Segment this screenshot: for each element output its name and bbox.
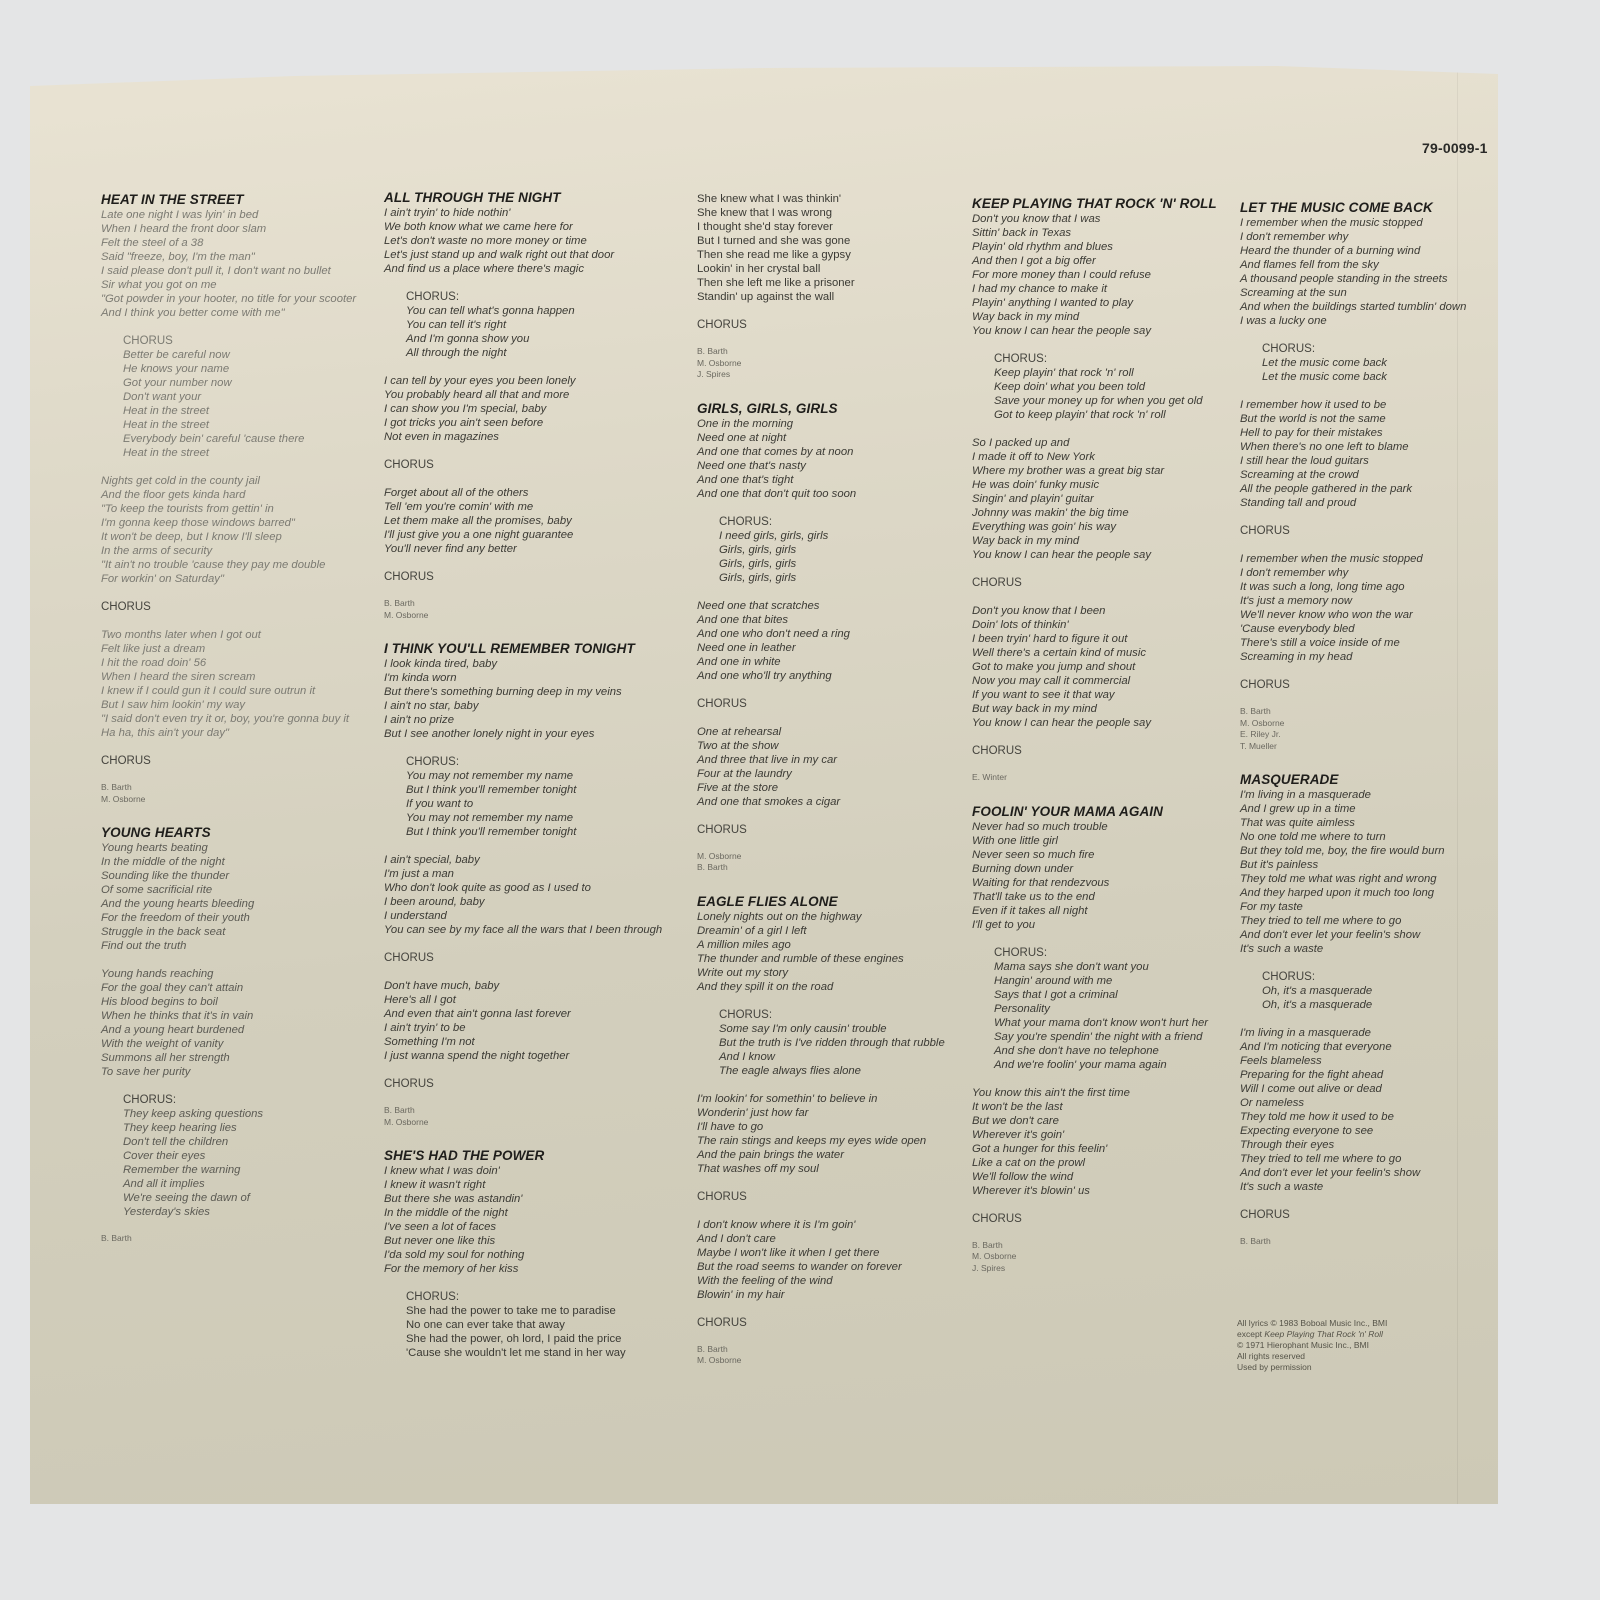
lyric-line: Then she left me like a prisoner	[697, 276, 962, 290]
lyric-line: Let the music come back	[1262, 370, 1490, 384]
lyric-line: They tried to tell me where to go	[1240, 1152, 1490, 1166]
lyric-line: What your mama don't know won't hurt her	[994, 1016, 1237, 1030]
lyric-line: That was quite aimless	[1240, 816, 1490, 830]
chorus-block: CHORUS:Mama says she don't want youHangi…	[972, 946, 1237, 1072]
lyric-line: Screaming in my head	[1240, 650, 1490, 664]
songwriter-credits: B. BarthM. OsborneE. Riley Jr.T. Mueller	[1240, 706, 1490, 752]
songwriter-name: J. Spires	[697, 369, 962, 381]
song-block: Young HeartsYoung hearts beatingIn the m…	[101, 825, 366, 1245]
songwriter-credits: B. Barth	[1240, 1236, 1490, 1248]
lyric-line: Heat in the street	[123, 418, 366, 432]
lyric-line: Standin' up against the wall	[697, 290, 962, 304]
verse-block: Lonely nights out on the highwayDreamin'…	[697, 910, 962, 994]
lyric-line: With one little girl	[972, 834, 1237, 848]
lyric-line: Don't have much, baby	[384, 979, 674, 993]
lyrics-column-5: Let the Music Come BackI remember when t…	[1240, 200, 1490, 1268]
songwriter-credits: B. BarthM. Osborne	[384, 1105, 674, 1128]
chorus-label: CHORUS:	[994, 946, 1237, 960]
lyric-line: Everybody bein' careful 'cause there	[123, 432, 366, 446]
songwriter-name: M. Osborne	[1240, 718, 1490, 730]
songwriter-name: M. Osborne	[697, 851, 962, 863]
lyric-line: And she don't have no telephone	[994, 1044, 1237, 1058]
lyric-line: I been around, baby	[384, 895, 674, 909]
lyric-line: And don't ever let your feelin's show	[1240, 1166, 1490, 1180]
chorus-reference: CHORUS	[101, 600, 366, 614]
lyric-line: Mama says she don't want you	[994, 960, 1237, 974]
chorus-label: CHORUS:	[719, 1008, 962, 1022]
verse-block: Young hands reachingFor the goal they ca…	[101, 967, 366, 1079]
lyric-line: Who don't look quite as good as I used t…	[384, 881, 674, 895]
chorus-label: CHORUS:	[406, 755, 674, 769]
lyric-line: All through the night	[406, 346, 674, 360]
songwriter-name: B. Barth	[972, 1240, 1237, 1252]
lyric-line: I'm living in a masquerade	[1240, 788, 1490, 802]
lyric-line: One at rehearsal	[697, 725, 962, 739]
lyric-line: But never one like this	[384, 1234, 674, 1248]
lyric-line: Blowin' in my hair	[697, 1288, 962, 1302]
lyric-line: I had my chance to make it	[972, 282, 1237, 296]
lyric-line: Wonderin' just how far	[697, 1106, 962, 1120]
lyric-line: Two at the show	[697, 739, 962, 753]
lyric-line: I just wanna spend the night together	[384, 1049, 674, 1063]
lyric-line: Not even in magazines	[384, 430, 674, 444]
lyric-line: And find us a place where there's magic	[384, 262, 674, 276]
lyric-line: Young hearts beating	[101, 841, 366, 855]
lyric-line: I can tell by your eyes you been lonely	[384, 374, 674, 388]
lyric-line: And one who don't need a ring	[697, 627, 962, 641]
lyric-line: I'm living in a masquerade	[1240, 1026, 1490, 1040]
lyric-line: And I know	[719, 1050, 962, 1064]
lyric-line: I'll get to you	[972, 918, 1237, 932]
verse-block: Don't you know that I wasSittin' back in…	[972, 212, 1237, 338]
songwriter-name: J. Spires	[972, 1263, 1237, 1275]
lyric-line: Heat in the street	[123, 404, 366, 418]
chorus-reference: CHORUS	[101, 754, 366, 768]
chorus-reference: CHORUS	[697, 823, 962, 837]
song-title: Foolin' Your Mama Again	[972, 804, 1237, 819]
lyric-line: Standing tall and proud	[1240, 496, 1490, 510]
lyric-line: Something I'm not	[384, 1035, 674, 1049]
lyric-line: He knows your name	[123, 362, 366, 376]
lyric-line: You know I can hear the people say	[972, 716, 1237, 730]
lyric-line: We'll follow the wind	[972, 1170, 1237, 1184]
chorus-reference: CHORUS	[384, 570, 674, 584]
songwriter-name: E. Riley Jr.	[1240, 729, 1490, 741]
lyric-line: With the feeling of the wind	[697, 1274, 962, 1288]
lyric-line: Tell 'em you're comin' with me	[384, 500, 674, 514]
lyric-line: Need one that scratches	[697, 599, 962, 613]
chorus-reference: CHORUS	[384, 1077, 674, 1091]
lyric-line: And one in white	[697, 655, 962, 669]
lyric-line: So I packed up and	[972, 436, 1237, 450]
lyric-line: Doin' lots of thinkin'	[972, 618, 1237, 632]
verse-block: I remember how it used to beBut the worl…	[1240, 398, 1490, 510]
song-block: Foolin' Your Mama AgainNever had so much…	[972, 804, 1237, 1275]
songwriter-credits: B. Barth	[101, 1233, 366, 1245]
lyric-line: Nights get cold in the county jail	[101, 474, 366, 488]
lyric-line: I've seen a lot of faces	[384, 1220, 674, 1234]
lyric-line: But I turned and she was gone	[697, 234, 962, 248]
verse-block: I don't know where it is I'm goin'And I …	[697, 1218, 962, 1302]
lyric-line: And even that ain't gonna last forever	[384, 1007, 674, 1021]
song-block: Eagle Flies AloneLonely nights out on th…	[697, 894, 962, 1367]
verse-block: One at rehearsalTwo at the showAnd three…	[697, 725, 962, 809]
lyric-line: Write out my story	[697, 966, 962, 980]
lyric-line: I made it off to New York	[972, 450, 1237, 464]
lyric-line: I ain't tryin' to hide nothin'	[384, 206, 674, 220]
lyric-line: Ha ha, this ain't your day"	[101, 726, 366, 740]
verse-block: Forget about all of the othersTell 'em y…	[384, 486, 674, 556]
lyric-line: Girls, girls, girls	[719, 557, 962, 571]
chorus-reference: CHORUS	[697, 697, 962, 711]
song-block: Heat in the StreetLate one night I was l…	[101, 192, 366, 805]
chorus-reference: CHORUS	[384, 458, 674, 472]
lyric-line: She had the power to take me to paradise	[406, 1304, 674, 1318]
songwriter-name: M. Osborne	[697, 358, 962, 370]
verse-block: I ain't special, babyI'm just a manWho d…	[384, 853, 674, 937]
lyric-line: Way back in my mind	[972, 534, 1237, 548]
lyric-line: Or nameless	[1240, 1096, 1490, 1110]
lyric-line: Where my brother was a great big star	[972, 464, 1237, 478]
lyric-line: With the weight of vanity	[101, 1037, 366, 1051]
lyric-line: For the memory of her kiss	[384, 1262, 674, 1276]
lyric-line: And when the buildings started tumblin' …	[1240, 300, 1490, 314]
lyric-line: You know I can hear the people say	[972, 324, 1237, 338]
lyric-line: His blood begins to boil	[101, 995, 366, 1009]
verse-block: Don't you know that I beenDoin' lots of …	[972, 604, 1237, 730]
lyric-line: For the goal they can't attain	[101, 981, 366, 995]
verse-block: I'm lookin' for somethin' to believe inW…	[697, 1092, 962, 1176]
lyric-line: Feels blameless	[1240, 1054, 1490, 1068]
lyric-line: Hangin' around with me	[994, 974, 1237, 988]
lyric-line: 'Cause everybody bled	[1240, 622, 1490, 636]
chorus-reference: CHORUS	[972, 576, 1237, 590]
lyric-line: The rain stings and keeps my eyes wide o…	[697, 1134, 962, 1148]
lyric-line: Say you're spendin' the night with a fri…	[994, 1030, 1237, 1044]
song-title: All Through the Night	[384, 190, 674, 205]
lyric-line: In the arms of security	[101, 544, 366, 558]
verse-block: You know this ain't the first timeIt won…	[972, 1086, 1237, 1198]
song-block: All Through the NightI ain't tryin' to h…	[384, 190, 674, 621]
lyric-line: You can tell what's gonna happen	[406, 304, 674, 318]
lyric-line: Find out the truth	[101, 939, 366, 953]
song-block: Girls, Girls, GirlsOne in the morningNee…	[697, 401, 962, 874]
songwriter-credits: B. BarthM. Osborne	[101, 782, 366, 805]
lyric-line: Screaming at the sun	[1240, 286, 1490, 300]
lyric-line: Well there's a certain kind of music	[972, 646, 1237, 660]
lyric-line: But way back in my mind	[972, 702, 1237, 716]
lyric-line: She knew that I was wrong	[697, 206, 962, 220]
chorus-reference: CHORUS	[697, 1316, 962, 1330]
lyric-line: Struggle in the back seat	[101, 925, 366, 939]
lyric-line: Even if it takes all night	[972, 904, 1237, 918]
lyric-line: Johnny was makin' the big time	[972, 506, 1237, 520]
song-title: Keep Playing That Rock 'n' Roll	[972, 196, 1237, 211]
chorus-block: CHORUS:Keep playin' that rock 'n' rollKe…	[972, 352, 1237, 422]
lyric-line: Got a hunger for this feelin'	[972, 1142, 1237, 1156]
verse-block: Nights get cold in the county jailAnd th…	[101, 474, 366, 586]
lyric-line: Don't you know that I was	[972, 212, 1237, 226]
verse-block: I knew what I was doin'I knew it wasn't …	[384, 1164, 674, 1276]
copyright-line: except Keep Playing That Rock 'n' Roll	[1237, 1329, 1387, 1340]
chorus-block: CHORUSBetter be careful nowHe knows your…	[101, 334, 366, 460]
lyric-line: She had the power, oh lord, I paid the p…	[406, 1332, 674, 1346]
song-block: She's Had the PowerI knew what I was doi…	[384, 1148, 674, 1360]
lyric-line: Of some sacrificial rite	[101, 883, 366, 897]
lyric-line: Got to make you jump and shout	[972, 660, 1237, 674]
lyric-line: Don't you know that I been	[972, 604, 1237, 618]
lyric-line: And the young hearts bleeding	[101, 897, 366, 911]
lyric-line: One in the morning	[697, 417, 962, 431]
lyric-line: I ain't no prize	[384, 713, 674, 727]
lyric-line: I'm just a man	[384, 867, 674, 881]
verse-block: She knew what I was thinkin'She knew tha…	[697, 192, 962, 304]
lyric-line: Like a cat on the prowl	[972, 1156, 1237, 1170]
chorus-label: CHORUS:	[406, 290, 674, 304]
lyric-line: You can see by my face all the wars that…	[384, 923, 674, 937]
lyric-line: They tried to tell me where to go	[1240, 914, 1490, 928]
lyric-line: Then she read me like a gypsy	[697, 248, 962, 262]
lyric-line: Sounding like the thunder	[101, 869, 366, 883]
songwriter-name: B. Barth	[697, 1344, 962, 1356]
songwriter-name: B. Barth	[1240, 706, 1490, 718]
lyric-line: And the floor gets kinda hard	[101, 488, 366, 502]
lyric-line: Let them make all the promises, baby	[384, 514, 674, 528]
verse-block: Need one that scratchesAnd one that bite…	[697, 599, 962, 683]
chorus-block: CHORUS:They keep asking questionsThey ke…	[101, 1093, 366, 1219]
catalog-number: 79-0099-1	[1422, 140, 1488, 156]
lyric-line: Felt like just a dream	[101, 642, 366, 656]
lyric-line: And I'm gonna show you	[406, 332, 674, 346]
lyric-line: Will I come out alive or dead	[1240, 1082, 1490, 1096]
lyric-line: Heat in the street	[123, 446, 366, 460]
verse-block: Late one night I was lyin' in bedWhen I …	[101, 208, 366, 320]
lyric-line: "To keep the tourists from gettin' in	[101, 502, 366, 516]
lyric-line: Lookin' in her crystal ball	[697, 262, 962, 276]
lyric-line: I can show you I'm special, baby	[384, 402, 674, 416]
lyric-line: Hell to pay for their mistakes	[1240, 426, 1490, 440]
chorus-label: CHORUS:	[1262, 342, 1490, 356]
lyric-line: And one that smokes a cigar	[697, 795, 962, 809]
chorus-label: CHORUS:	[719, 515, 962, 529]
songwriter-name: M. Osborne	[697, 1355, 962, 1367]
song-title: Masquerade	[1240, 772, 1490, 787]
chorus-label: CHORUS	[123, 334, 366, 348]
song-block: MasqueradeI'm living in a masqueradeAnd …	[1240, 772, 1490, 1248]
lyric-line: Girls, girls, girls	[719, 543, 962, 557]
lyric-line: They keep hearing lies	[123, 1121, 366, 1135]
song-title: Let the Music Come Back	[1240, 200, 1490, 215]
lyric-line: That washes off my soul	[697, 1162, 962, 1176]
lyric-line: But it's painless	[1240, 858, 1490, 872]
lyric-line: Need one at night	[697, 431, 962, 445]
lyric-line: I knew if I could gun it I could sure ou…	[101, 684, 366, 698]
lyric-line: I ain't tryin' to be	[384, 1021, 674, 1035]
lyric-line: For my taste	[1240, 900, 1490, 914]
lyric-line: And one that don't quit too soon	[697, 487, 962, 501]
chorus-reference: CHORUS	[384, 951, 674, 965]
lyric-line: A thousand people standing in the street…	[1240, 272, 1490, 286]
lyric-line: I remember when the music stopped	[1240, 216, 1490, 230]
lyric-line: But the world is not the same	[1240, 412, 1490, 426]
lyric-line: I'm kinda worn	[384, 671, 674, 685]
lyric-line: The eagle always flies alone	[719, 1064, 962, 1078]
lyric-line: That'll take us to the end	[972, 890, 1237, 904]
lyric-line: Sittin' back in Texas	[972, 226, 1237, 240]
chorus-block: CHORUS:She had the power to take me to p…	[384, 1290, 674, 1360]
chorus-reference: CHORUS	[1240, 524, 1490, 538]
songwriter-credits: B. BarthM. OsborneJ. Spires	[972, 1240, 1237, 1275]
lyric-line: Save your money up for when you get old	[994, 394, 1237, 408]
lyric-line: It was such a long, long time ago	[1240, 580, 1490, 594]
lyric-line: And I don't care	[697, 1232, 962, 1246]
lyric-line: Summons all her strength	[101, 1051, 366, 1065]
lyric-line: Let the music come back	[1262, 356, 1490, 370]
verse-block: Young hearts beatingIn the middle of the…	[101, 841, 366, 953]
lyric-line: They told me how it used to be	[1240, 1110, 1490, 1124]
lyric-line: Felt the steel of a 38	[101, 236, 366, 250]
lyric-line: When there's no one left to blame	[1240, 440, 1490, 454]
songwriter-name: T. Mueller	[1240, 741, 1490, 753]
lyric-line: We both know what we came here for	[384, 220, 674, 234]
lyric-line: Says that I got a criminal	[994, 988, 1237, 1002]
lyric-line: Got to keep playin' that rock 'n' roll	[994, 408, 1237, 422]
chorus-block: CHORUS:Oh, it's a masqueradeOh, it's a m…	[1240, 970, 1490, 1012]
lyric-line: Got your number now	[123, 376, 366, 390]
chorus-label: CHORUS:	[1262, 970, 1490, 984]
song-title: I Think You'll Remember Tonight	[384, 641, 674, 656]
lyric-line: Keep doin' what you been told	[994, 380, 1237, 394]
song-title: Young Hearts	[101, 825, 366, 840]
lyric-line: Some say I'm only causin' trouble	[719, 1022, 962, 1036]
lyric-line: I'll just give you a one night guarantee	[384, 528, 674, 542]
lyric-line: But I see another lonely night in your e…	[384, 727, 674, 741]
lyric-line: You may not remember my name	[406, 769, 674, 783]
lyric-line: All the people gathered in the park	[1240, 482, 1490, 496]
lyric-line: When I heard the front door slam	[101, 222, 366, 236]
lyric-line: And the pain brings the water	[697, 1148, 962, 1162]
songwriter-name: B. Barth	[697, 346, 962, 358]
songwriter-credits: B. BarthM. OsborneJ. Spires	[697, 346, 962, 381]
chorus-label: CHORUS:	[994, 352, 1237, 366]
lyric-line: Now you may call it commercial	[972, 674, 1237, 688]
chorus-block: CHORUS:Some say I'm only causin' trouble…	[697, 1008, 962, 1078]
lyric-line: There's still a voice inside of me	[1240, 636, 1490, 650]
lyric-line: I was a lucky one	[1240, 314, 1490, 328]
lyric-line: Preparing for the fight ahead	[1240, 1068, 1490, 1082]
lyric-line: It won't be the last	[972, 1100, 1237, 1114]
lyric-line: I don't remember why	[1240, 230, 1490, 244]
chorus-reference: CHORUS	[1240, 1208, 1490, 1222]
lyric-line: And one that comes by at noon	[697, 445, 962, 459]
lyric-line: Need one in leather	[697, 641, 962, 655]
copyright-line: All lyrics © 1983 Boboal Music Inc., BMI	[1237, 1318, 1387, 1329]
copyright-line: Used by permission	[1237, 1362, 1387, 1373]
chorus-block: CHORUS:You may not remember my nameBut I…	[384, 755, 674, 839]
lyric-line: And don't ever let your feelin's show	[1240, 928, 1490, 942]
lyric-line: But there she was astandin'	[384, 1192, 674, 1206]
lyric-line: Waiting for that rendezvous	[972, 876, 1237, 890]
lyric-line: And a young heart burdened	[101, 1023, 366, 1037]
lyric-line: Never had so much trouble	[972, 820, 1237, 834]
lyric-line: Screaming at the crowd	[1240, 468, 1490, 482]
lyric-line: In the middle of the night	[101, 855, 366, 869]
lyric-line: You can tell it's right	[406, 318, 674, 332]
lyric-line: But we don't care	[972, 1114, 1237, 1128]
verse-block: Never had so much troubleWith one little…	[972, 820, 1237, 932]
lyric-line: You probably heard all that and more	[384, 388, 674, 402]
lyric-line: For more money than I could refuse	[972, 268, 1237, 282]
lyric-line: Expecting everyone to see	[1240, 1124, 1490, 1138]
lyric-line: "I said don't even try it or, boy, you'r…	[101, 712, 366, 726]
copyright-line: © 1971 Hierophant Music Inc., BMI	[1237, 1340, 1387, 1351]
songwriter-name: B. Barth	[1240, 1236, 1490, 1248]
lyric-line: I knew what I was doin'	[384, 1164, 674, 1178]
lyric-line: It's such a waste	[1240, 1180, 1490, 1194]
lyric-line: Personality	[994, 1002, 1237, 1016]
lyric-line: But I saw him lookin' my way	[101, 698, 366, 712]
songwriter-name: M. Osborne	[972, 1251, 1237, 1263]
lyric-line: 'Cause she wouldn't let me stand in her …	[406, 1346, 674, 1360]
lyric-line: I knew it wasn't right	[384, 1178, 674, 1192]
lyric-line: We'll never know who won the war	[1240, 608, 1490, 622]
lyric-line: Dreamin' of a girl I left	[697, 924, 962, 938]
lyric-line: Girls, girls, girls	[719, 571, 962, 585]
lyric-line: Keep playin' that rock 'n' roll	[994, 366, 1237, 380]
songwriter-name: B. Barth	[384, 1105, 674, 1117]
lyric-line: Young hands reaching	[101, 967, 366, 981]
lyric-line: I still hear the loud guitars	[1240, 454, 1490, 468]
lyric-line: Need one that's nasty	[697, 459, 962, 473]
lyric-line: You'll never find any better	[384, 542, 674, 556]
lyric-line: For the freedom of their youth	[101, 911, 366, 925]
lyric-line: You know I can hear the people say	[972, 548, 1237, 562]
lyric-line: And I grew up in a time	[1240, 802, 1490, 816]
verse-block: I ain't tryin' to hide nothin'We both kn…	[384, 206, 674, 276]
lyric-line: I'da sold my soul for nothing	[384, 1248, 674, 1262]
lyric-line: Wherever it's goin'	[972, 1128, 1237, 1142]
song-title: She's Had the Power	[384, 1148, 674, 1163]
lyric-line: And they harped upon it much too long	[1240, 886, 1490, 900]
copyright-notice: All lyrics © 1983 Boboal Music Inc., BMI…	[1237, 1318, 1387, 1373]
lyric-line: We're seeing the dawn of	[123, 1191, 366, 1205]
lyric-line: Four at the laundry	[697, 767, 962, 781]
verse-block: I remember when the music stoppedI don't…	[1240, 216, 1490, 328]
chorus-reference: CHORUS	[697, 318, 962, 332]
lyric-line: And three that live in my car	[697, 753, 962, 767]
lyric-line: And I think you better come with me"	[101, 306, 366, 320]
chorus-label: CHORUS:	[123, 1093, 366, 1107]
lyric-line: I remember how it used to be	[1240, 398, 1490, 412]
lyric-line: Late one night I was lyin' in bed	[101, 208, 366, 222]
lyric-line: They keep asking questions	[123, 1107, 366, 1121]
lyric-line: And one that bites	[697, 613, 962, 627]
lyric-line: I been tryin' hard to figure it out	[972, 632, 1237, 646]
song-title: Heat in the Street	[101, 192, 366, 207]
lyric-line: But I think you'll remember tonight	[406, 783, 674, 797]
lyric-line: "It ain't no trouble 'cause they pay me …	[101, 558, 366, 572]
lyric-line: Five at the store	[697, 781, 962, 795]
lyric-line: For workin' on Saturday"	[101, 572, 366, 586]
lyric-line: You know this ain't the first time	[972, 1086, 1237, 1100]
chorus-reference: CHORUS	[1240, 678, 1490, 692]
lyric-line: No one can ever take that away	[406, 1318, 674, 1332]
songwriter-name: B. Barth	[101, 1233, 366, 1245]
lyrics-column-1: Heat in the StreetLate one night I was l…	[101, 192, 366, 1265]
songwriter-credits: E. Winter	[972, 772, 1237, 784]
lyrics-column-3: She knew what I was thinkin'She knew tha…	[697, 192, 962, 1387]
lyric-line: The thunder and rumble of these engines	[697, 952, 962, 966]
